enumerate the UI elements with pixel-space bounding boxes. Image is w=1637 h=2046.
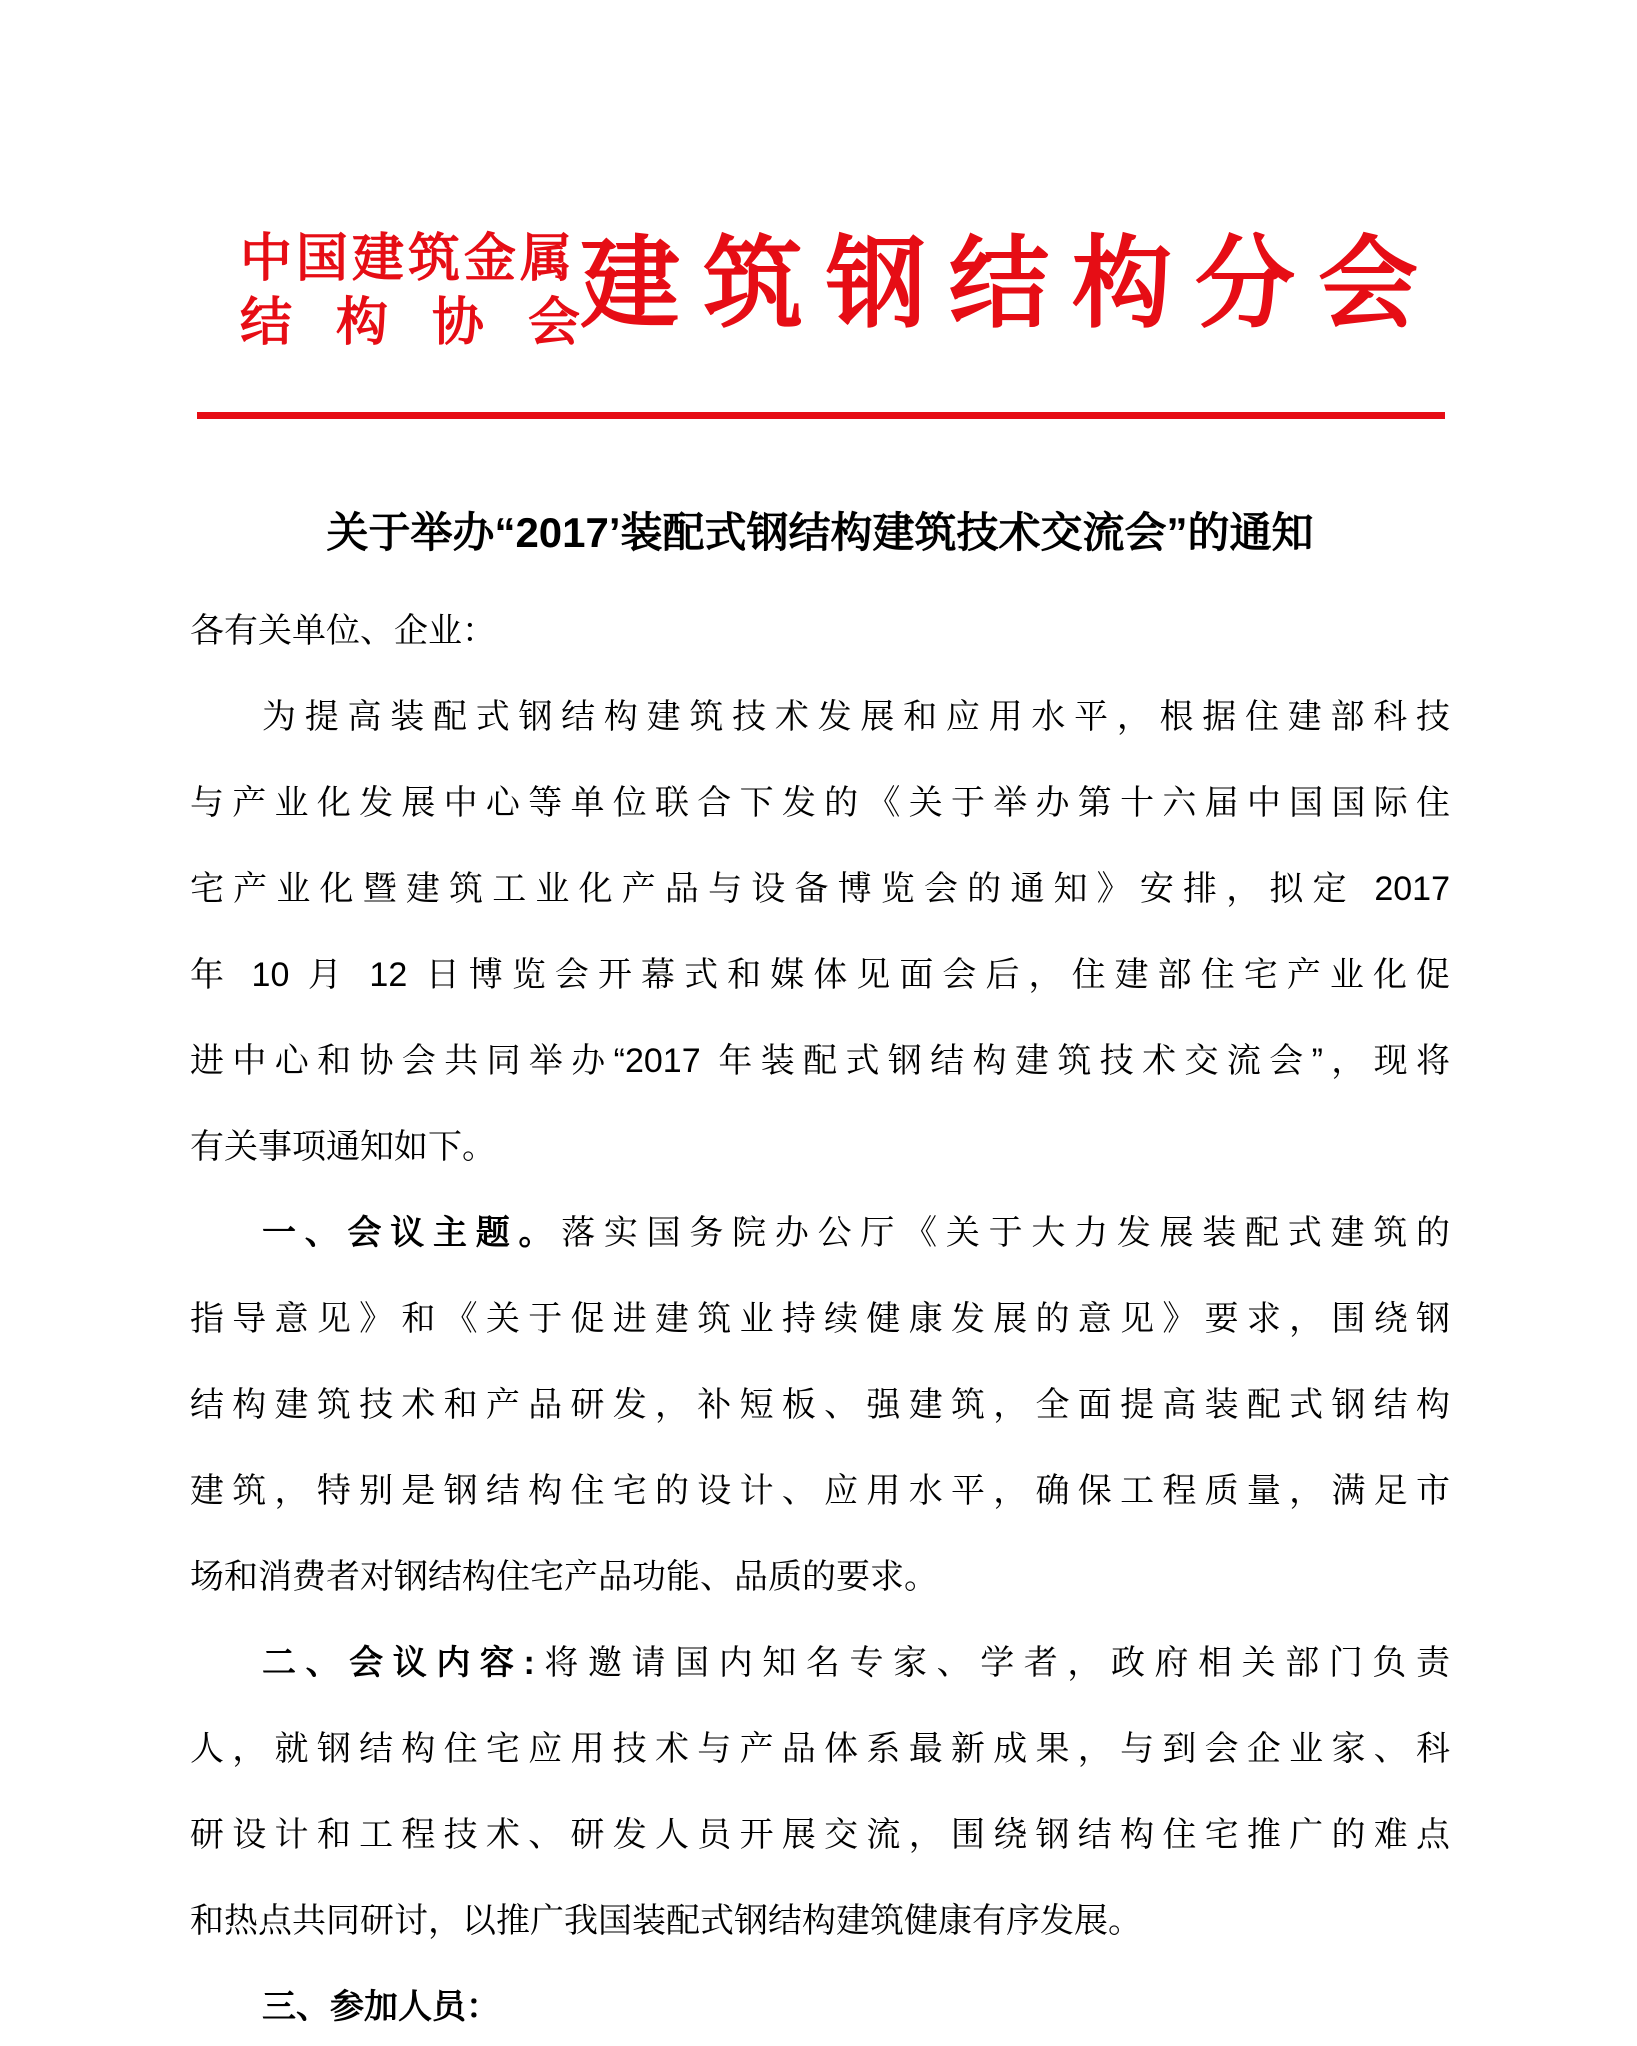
body-segment: 和热点共同研讨，以推广我国装配式钢结构建筑健康有序发展。 <box>190 1902 1142 1940</box>
body-line: 年 10 月 12 日博览会开幕式和媒体见面会后，住建部住宅产业化促 <box>190 932 1450 1018</box>
body-line: 宅产业化暨建筑工业化产品与设备博览会的通知》安排，拟定 2017 <box>190 846 1450 932</box>
notice-title: 关于举办“2017’装配式钢结构建筑技术交流会”的通知 <box>190 505 1450 561</box>
body-segment: 研设计和工程技术、研发人员开展交流，围绕钢结构住宅推广的难点 <box>190 1816 1450 1854</box>
body-segment-bold: 三、参加人员： <box>262 1988 500 2026</box>
body-segment: 人，就钢结构住宅应用技术与产品体系最新成果，与到会企业家、科 <box>190 1730 1450 1768</box>
body-line: 一、会议主题。落实国务院办公厅《关于大力发展装配式建筑的 <box>190 1190 1450 1276</box>
body-line: 与产业化发展中心等单位联合下发的《关于举办第十六届中国国际住 <box>190 760 1450 846</box>
body-segment: 落实国务院办公厅《关于大力发展装配式建筑的 <box>561 1214 1450 1252</box>
body-line: 三、参加人员： <box>190 1964 1450 2046</box>
body-segment: 有关事项通知如下。 <box>190 1128 496 1166</box>
body-line: 为提高装配式钢结构建筑技术发展和应用水平，根据住建部科技 <box>190 674 1450 760</box>
body-segment: 结构建筑技术和产品研发，补短板、强建筑，全面提高装配式钢结构 <box>190 1386 1450 1424</box>
body-segment: 场和消费者对钢结构住宅产品功能、品质的要求。 <box>190 1558 938 1596</box>
org-name-line-1: 中国建筑金属 <box>240 228 600 292</box>
body-segment: 为提高装配式钢结构建筑技术发展和应用水平，根据住建部科技 <box>262 698 1450 736</box>
body-segment: 宅产业化暨建筑工业化产品与设备博览会的通知》安排，拟定 2017 <box>190 870 1450 908</box>
body-segment: 进中心和协会共同举办“2017 年装配式钢结构建筑技术交流会”，现将 <box>190 1042 1450 1080</box>
body-line: 人，就钢结构住宅应用技术与产品体系最新成果，与到会企业家、科 <box>190 1706 1450 1792</box>
body-line: 指导意见》和《关于促进建筑业持续健康发展的意见》要求，围绕钢 <box>190 1276 1450 1362</box>
body-line: 进中心和协会共同举办“2017 年装配式钢结构建筑技术交流会”，现将 <box>190 1018 1450 1104</box>
body-line: 结构建筑技术和产品研发，补短板、强建筑，全面提高装配式钢结构 <box>190 1362 1450 1448</box>
org-name-block: 中国建筑金属 结构协会 <box>240 228 600 356</box>
body-segment: 与产业化发展中心等单位联合下发的《关于举办第十六届中国国际住 <box>190 784 1450 822</box>
body-segment-bold: 二、会议内容: <box>262 1644 535 1682</box>
body-line: 建筑，特别是钢结构住宅的设计、应用水平，确保工程质量，满足市 <box>190 1448 1450 1534</box>
notice-body: 各有关单位、企业：为提高装配式钢结构建筑技术发展和应用水平，根据住建部科技与产业… <box>190 588 1450 2046</box>
document-page: 中国建筑金属 结构协会 建筑钢结构分会 关于举办“2017’装配式钢结构建筑技术… <box>0 0 1637 2046</box>
body-segment: 将邀请国内知名专家、学者，政府相关部门负责 <box>535 1644 1450 1682</box>
body-line: 有关事项通知如下。 <box>190 1104 1450 1190</box>
body-segment: 建筑，特别是钢结构住宅的设计、应用水平，确保工程质量，满足市 <box>190 1472 1450 1510</box>
body-line: 场和消费者对钢结构住宅产品功能、品质的要求。 <box>190 1534 1450 1620</box>
body-segment: 指导意见》和《关于促进建筑业持续健康发展的意见》要求，围绕钢 <box>190 1300 1450 1338</box>
body-line: 研设计和工程技术、研发人员开展交流，围绕钢结构住宅推广的难点 <box>190 1792 1450 1878</box>
body-line: 二、会议内容:将邀请国内知名专家、学者，政府相关部门负责 <box>190 1620 1450 1706</box>
org-name-line-2: 结构协会 <box>240 292 600 356</box>
body-segment-bold: 一、会议主题。 <box>262 1214 561 1252</box>
body-line: 各有关单位、企业： <box>190 588 1450 674</box>
body-segment: 各有关单位、企业： <box>190 612 496 650</box>
branch-name-title: 建筑钢结构分会 <box>580 230 1441 340</box>
body-line: 和热点共同研讨，以推广我国装配式钢结构建筑健康有序发展。 <box>190 1878 1450 1964</box>
header-divider-rule <box>197 412 1445 419</box>
body-segment: 年 10 月 12 日博览会开幕式和媒体见面会后，住建部住宅产业化促 <box>190 956 1450 994</box>
